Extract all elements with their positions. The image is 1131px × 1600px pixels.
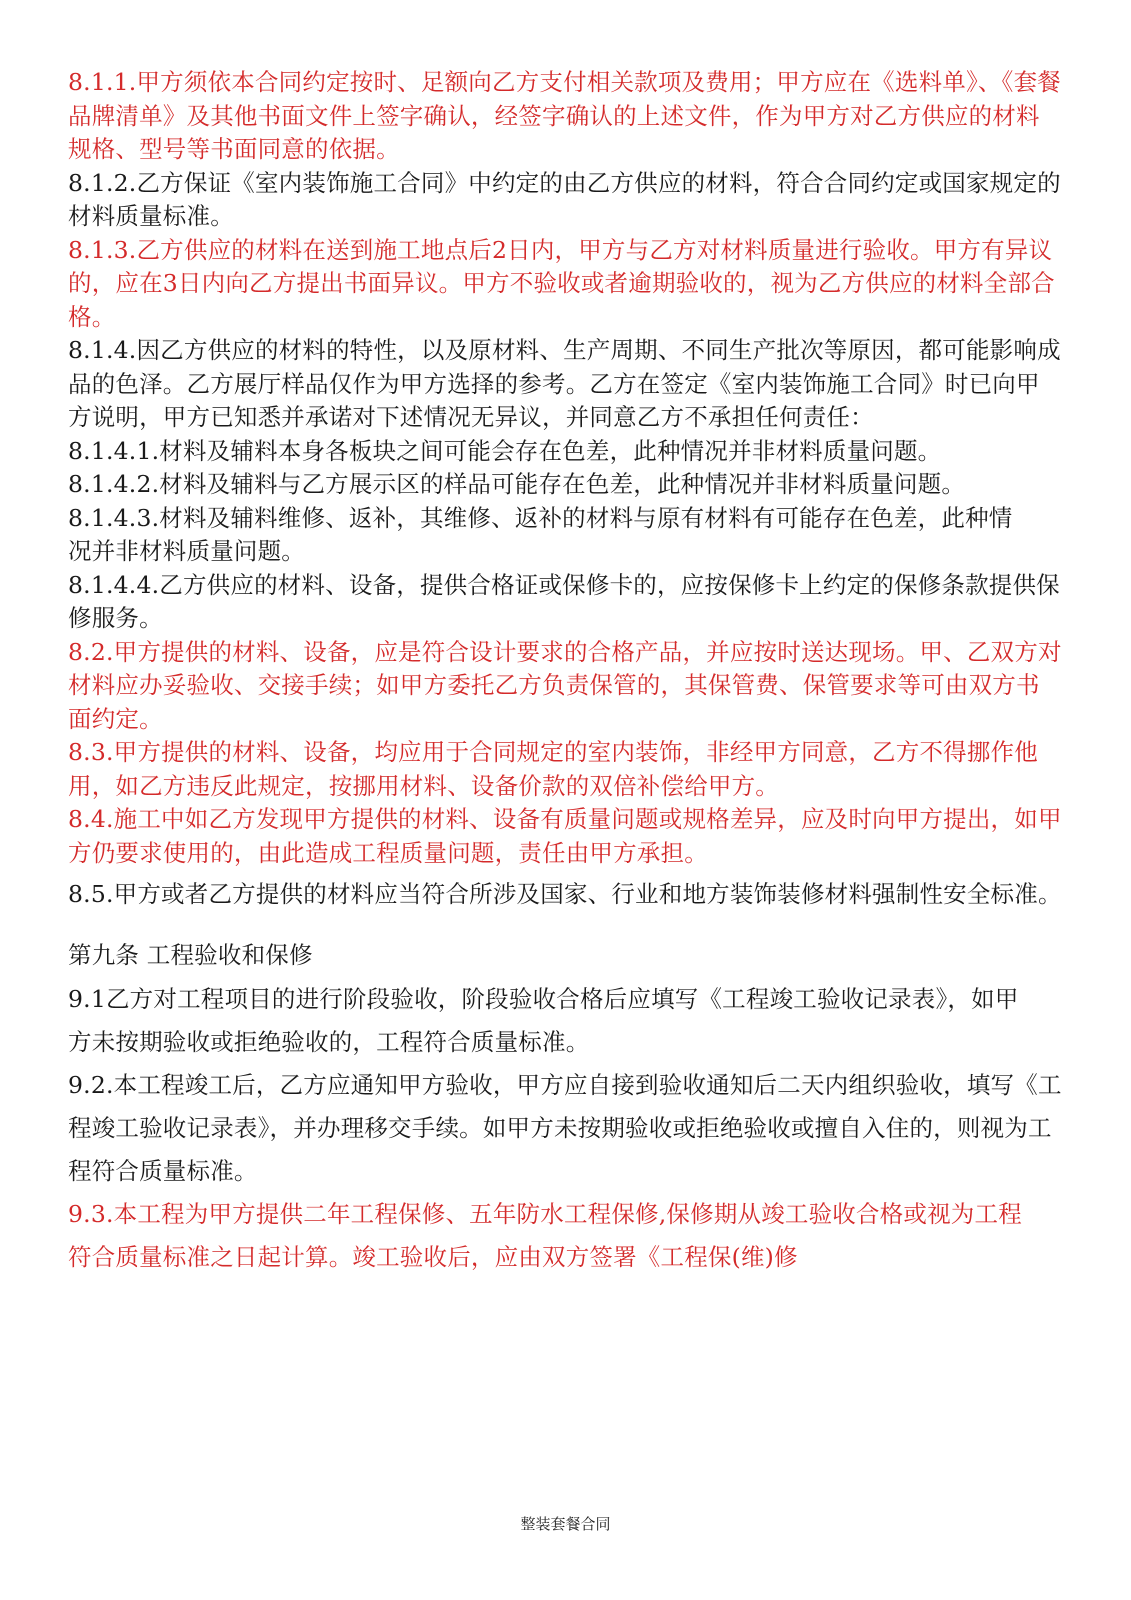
clause-8-2: 8.2.甲方提供的材料、设备，应是符合设计要求的合格产品，并应按时送达现场。甲、… [68,636,1063,737]
clause-9-3: 9.3.本工程为甲方提供二年工程保修、五年防水工程保修,保修期从竣工验收合格或视… [68,1193,1063,1279]
section-heading-9: 第九条 工程验收和保修 [68,932,1063,978]
page-footer: 整装套餐合同 [0,1513,1131,1534]
clause-8-1-4-1: 8.1.4.1.材料及辅料本身各板块之间可能会存在色差，此种情况并非材料质量问题… [68,435,1063,469]
clause-8-1-3: 8.1.3.乙方供应的材料在送到施工地点后2日内，甲方与乙方对材料质量进行验收。… [68,234,1063,335]
clause-8-1-2: 8.1.2.乙方保证《室内装饰施工合同》中约定的由乙方供应的材料，符合合同约定或… [68,167,1063,234]
clause-8-1-4-2: 8.1.4.2.材料及辅料与乙方展示区的样品可能存在色差，此种情况并非材料质量问… [68,468,1063,502]
clause-9-2: 9.2.本工程竣工后，乙方应通知甲方验收，甲方应自接到验收通知后二天内组织验收，… [68,1064,1063,1193]
clause-8-1-4: 8.1.4.因乙方供应的材料的特性，以及原材料、生产周期、不同生产批次等原因，都… [68,334,1063,435]
document-page: 8.1.1.甲方须依本合同约定按时、足额向乙方支付相关款项及费用；甲方应在《选料… [68,66,1063,1279]
clause-8-5: 8.5.甲方或者乙方提供的材料应当符合所涉及国家、行业和地方装饰装修材料强制性安… [68,862,1063,926]
clause-8-1-1: 8.1.1.甲方须依本合同约定按时、足额向乙方支付相关款项及费用；甲方应在《选料… [68,66,1063,167]
clause-8-1-4-4: 8.1.4.4.乙方供应的材料、设备，提供合格证或保修卡的，应按保修卡上约定的保… [68,569,1063,636]
clause-8-1-4-3: 8.1.4.3.材料及辅料维修、返补，其维修、返补的材料与原有材料有可能存在色差… [68,502,1063,569]
clause-9-1: 9.1乙方对工程项目的进行阶段验收，阶段验收合格后应填写《工程竣工验收记录表》，… [68,978,1063,1064]
clause-8-4: 8.4.施工中如乙方发现甲方提供的材料、设备有质量问题或规格差异，应及时向甲方提… [68,803,1063,870]
clause-8-3: 8.3.甲方提供的材料、设备，均应用于合同规定的室内装饰，非经甲方同意，乙方不得… [68,736,1063,803]
